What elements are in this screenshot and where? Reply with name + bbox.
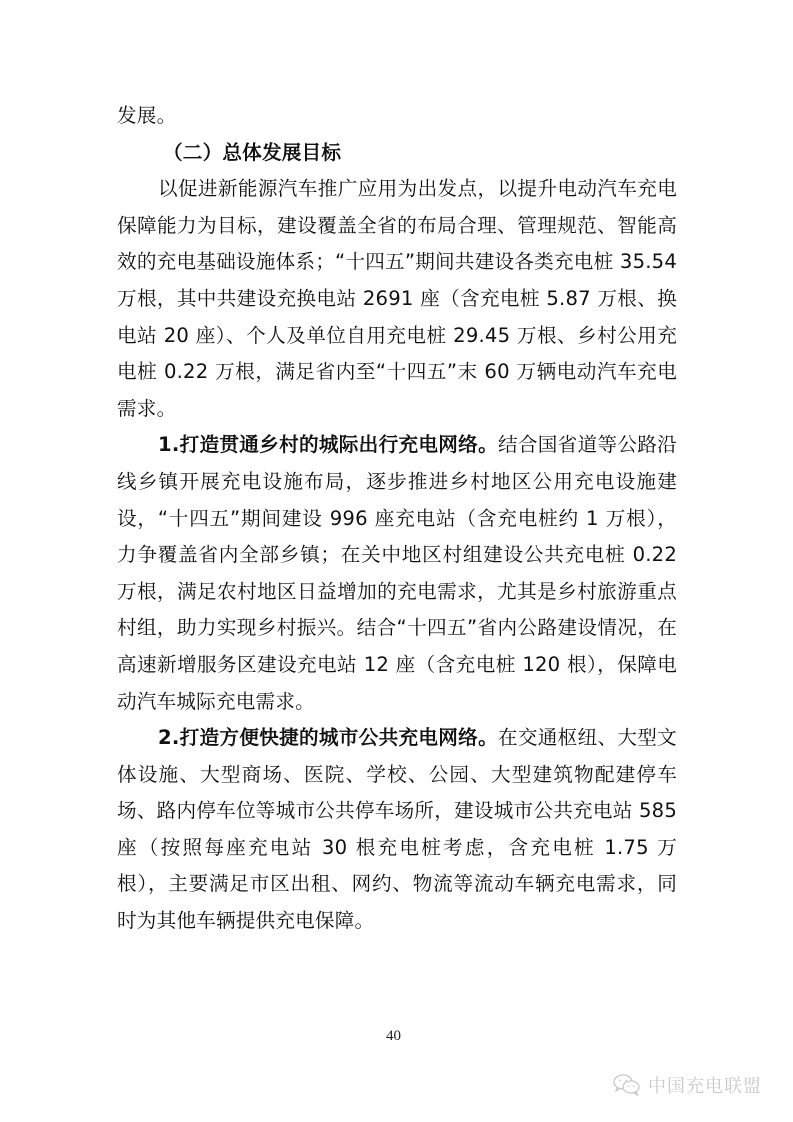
item-1-body: 结合国省道等公路沿线乡镇开展充电设施布局，逐步推进乡村地区公用充电设施建设，“十…	[117, 433, 677, 712]
watermark-label: 中国充电联盟	[648, 1072, 762, 1098]
item-2-body: 在交通枢纽、大型文体设施、大型商场、医院、学校、公园、大型建筑物配建停车场、路内…	[117, 726, 677, 932]
wechat-icon	[612, 1073, 642, 1097]
item-2-title: 2.打造方便快捷的城市公共充电网络。	[158, 726, 498, 749]
paragraph-overall-goal: 以促进新能源汽车推广应用为出发点，以提升电动汽车充电保障能力为目标，建设覆盖全省…	[117, 171, 677, 427]
lead-text: 发展。	[117, 98, 677, 135]
section-heading: （二）总体发展目标	[117, 135, 677, 172]
watermark: 中国充电联盟	[612, 1072, 762, 1098]
document-page: 发展。 （二）总体发展目标 以促进新能源汽车推广应用为出发点，以提升电动汽车充电…	[0, 0, 793, 1122]
body-text: 发展。 （二）总体发展目标 以促进新能源汽车推广应用为出发点，以提升电动汽车充电…	[117, 98, 677, 940]
paragraph-item-2: 2.打造方便快捷的城市公共充电网络。在交通枢纽、大型文体设施、大型商场、医院、学…	[117, 720, 677, 940]
paragraph-item-1: 1.打造贯通乡村的城际出行充电网络。结合国省道等公路沿线乡镇开展充电设施布局，逐…	[117, 427, 677, 720]
item-1-title: 1.打造贯通乡村的城际出行充电网络。	[158, 433, 498, 456]
page-number: 40	[386, 1028, 401, 1045]
